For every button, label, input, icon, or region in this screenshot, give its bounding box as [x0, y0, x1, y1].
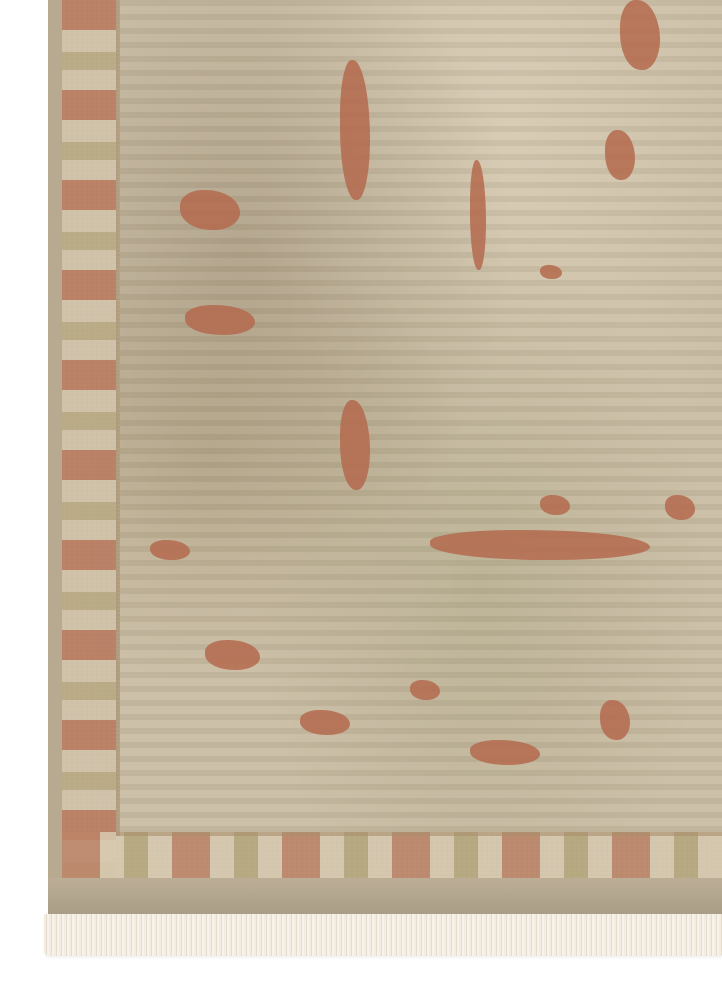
rug-fringe: [44, 914, 722, 956]
rug-motif: [540, 495, 570, 515]
rug-motif: [300, 710, 350, 735]
rug-motif: [665, 495, 695, 520]
rug-inner-line-bottom: [116, 832, 722, 836]
rug-outer-guard-left: [48, 0, 62, 918]
rug-border-left: [62, 0, 116, 878]
rug-motif: [150, 540, 190, 560]
rug-motif: [540, 265, 562, 279]
rug-outer-guard-bottom: [48, 878, 722, 918]
rug-border-bottom: [62, 832, 722, 878]
rug-motif: [410, 680, 440, 700]
rug-field: [120, 0, 722, 832]
rug-motif: [470, 740, 540, 765]
